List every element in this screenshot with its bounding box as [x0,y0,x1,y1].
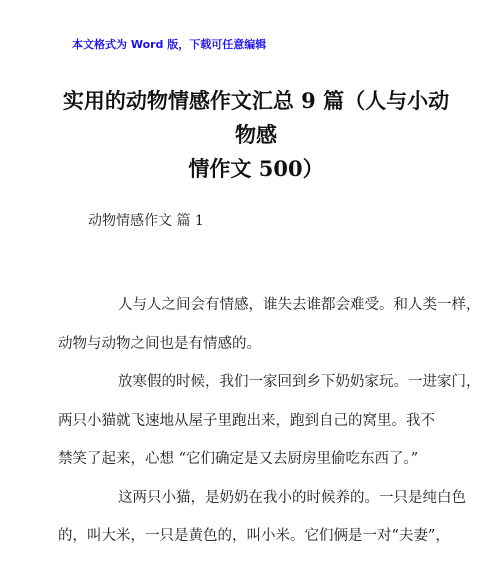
document-body: 人与人之间会有情感，谁失去谁都会难受。和人类一样， 动物与动物之间也是有情感的。… [88,286,444,556]
section-heading: 动物情感作文 篇 1 [88,210,204,230]
paragraph-line: 放寒假的时候，我们一家回到乡下奶奶家玩。一进家门， [88,363,444,402]
paragraph-line: 这两只小猫，是奶奶在我小的时候养的。一只是纯白色 [88,479,444,518]
paragraph-line: 动物与动物之间也是有情感的。 [88,325,444,364]
word-format-notice: 本文格式为 Word 版，下载可任意编辑 [72,36,266,52]
title-line-1: 实用的动物情感作文汇总 9 篇（人与小动物感 [60,84,452,152]
paragraph-1: 人与人之间会有情感，谁失去谁都会难受。和人类一样， 动物与动物之间也是有情感的。 [88,286,444,363]
paragraph-line: 人与人之间会有情感，谁失去谁都会难受。和人类一样， [88,286,444,325]
paragraph-3: 这两只小猫，是奶奶在我小的时候养的。一只是纯白色 的，叫大米，一只是黄色的，叫小… [88,479,444,556]
document-title: 实用的动物情感作文汇总 9 篇（人与小动物感 情作文 500） [60,84,452,186]
paragraph-2: 放寒假的时候，我们一家回到乡下奶奶家玩。一进家门， 两只小猫就飞速地从屋子里跑出… [88,363,444,479]
paragraph-line: 两只小猫就飞速地从屋子里跑出来，跑到自己的窝里。我不 [88,402,444,441]
paragraph-line: 禁笑了起来，心想 “它们确定是又去厨房里偷吃东西了。” [88,440,444,479]
title-line-2: 情作文 500） [60,152,452,186]
paragraph-line: 的，叫大米，一只是黄色的，叫小米。它们俩是一对“夫妻”， [88,517,444,556]
